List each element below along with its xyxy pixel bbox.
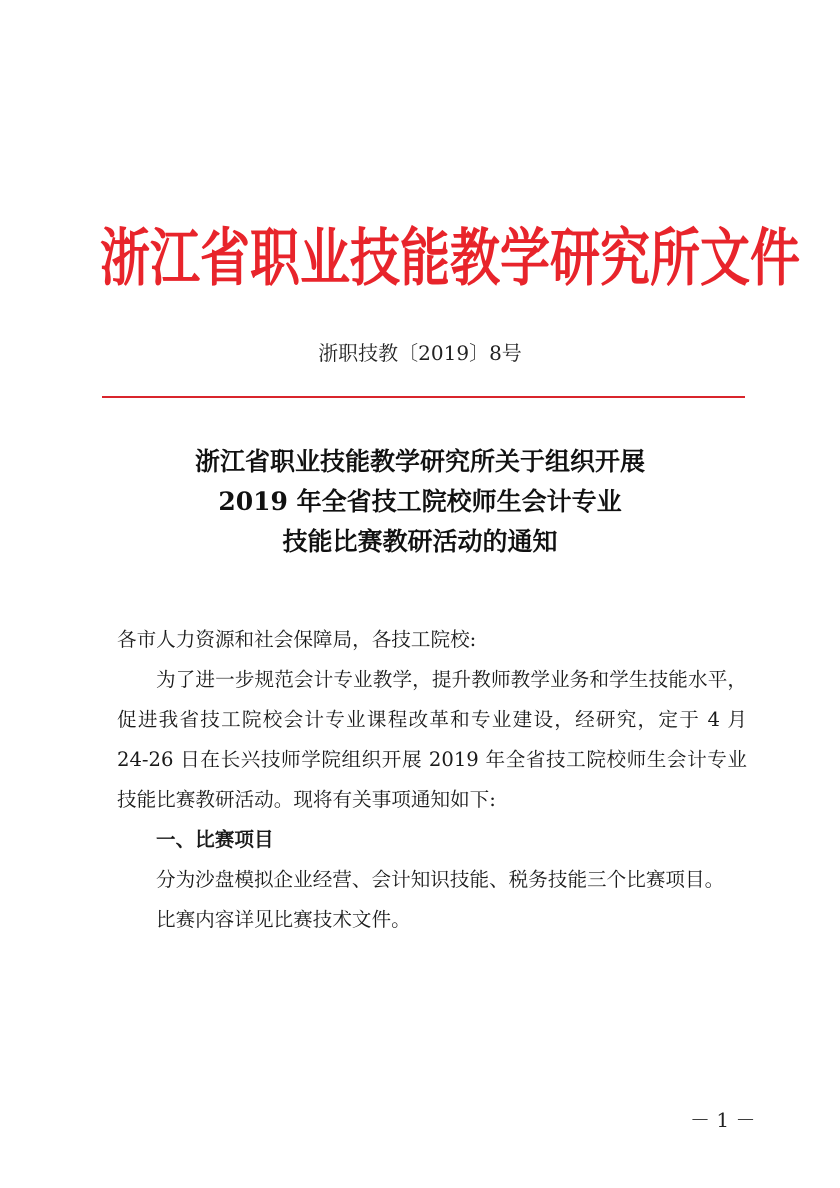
- title-line: 浙江省职业技能教学研究所关于组织开展: [0, 442, 840, 482]
- body-paragraph: 比赛内容详见比赛技术文件。: [117, 900, 747, 940]
- page-number: － 1 －: [690, 1104, 755, 1133]
- title-line: 2019 年全省技工院校师生会计专业: [0, 482, 840, 522]
- body-paragraph: 为了进一步规范会计专业教学，提升教师教学业务和学生技能水平，促进我省技工院校会计…: [117, 660, 747, 820]
- body-paragraph: 分为沙盘模拟企业经营、会计知识技能、税务技能三个比赛项目。: [117, 860, 747, 900]
- salutation: 各市人力资源和社会保障局，各技工院校:: [117, 620, 747, 660]
- red-divider-rule: [102, 396, 745, 398]
- section-heading: 一、比赛项目: [117, 820, 747, 860]
- document-page: 浙江省职业技能教学研究所文件 浙职技教〔2019〕8号 浙江省职业技能教学研究所…: [0, 0, 840, 1188]
- document-body: 各市人力资源和社会保障局，各技工院校: 为了进一步规范会计专业教学，提升教师教学…: [117, 620, 747, 940]
- document-number: 浙职技教〔2019〕8号: [0, 337, 840, 366]
- notice-title: 浙江省职业技能教学研究所关于组织开展 2019 年全省技工院校师生会计专业 技能…: [0, 442, 840, 562]
- title-line: 技能比赛教研活动的通知: [0, 522, 840, 562]
- masthead-title: 浙江省职业技能教学研究所文件: [100, 208, 750, 298]
